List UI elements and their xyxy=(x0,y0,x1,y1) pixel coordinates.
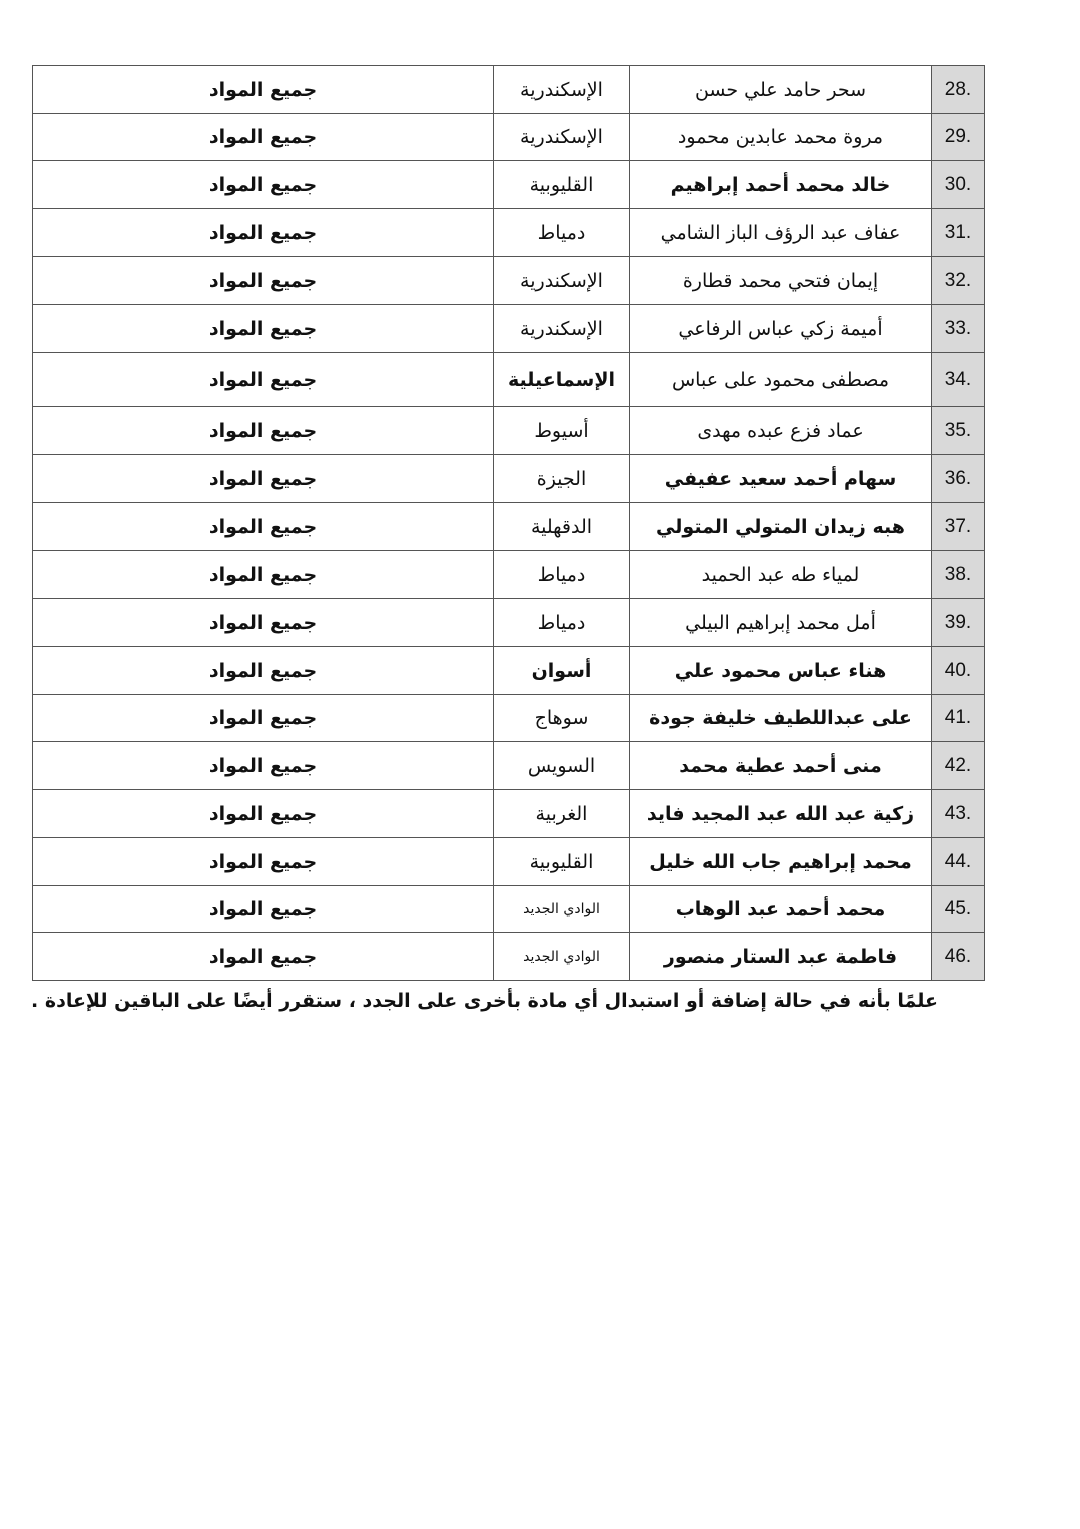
subjects: جميع المواد xyxy=(33,790,494,838)
subjects: جميع المواد xyxy=(33,551,494,599)
subjects: جميع المواد xyxy=(33,407,494,455)
governorate: الإسكندرية xyxy=(494,305,630,353)
table-row: 33. أميمة زكي عباس الرفاعي الإسكندرية جم… xyxy=(33,305,985,353)
person-name: هبه زيدان المتولي المتولي xyxy=(630,503,932,551)
row-number: 36. xyxy=(932,455,985,503)
governorate: دمياط xyxy=(494,551,630,599)
subjects: جميع المواد xyxy=(33,257,494,305)
person-name: سهام أحمد سعيد عفيفي xyxy=(630,455,932,503)
governorate: الإسكندرية xyxy=(494,257,630,305)
row-number: 43. xyxy=(932,790,985,838)
row-number: 46. xyxy=(932,933,985,981)
row-number: 30. xyxy=(932,161,985,209)
table-row: 42. منى أحمد عطية محمد السويس جميع الموا… xyxy=(33,742,985,790)
governorate: الوادي الجديد xyxy=(494,886,630,933)
roster-table-body: 28. سحر حامد علي حسن الإسكندرية جميع الم… xyxy=(33,66,985,981)
governorate: الجيزة xyxy=(494,455,630,503)
footnote: علمًا بأنه في حالة إضافة أو استبدال أي م… xyxy=(31,990,938,1012)
subjects: جميع المواد xyxy=(33,933,494,981)
subjects: جميع المواد xyxy=(33,886,494,933)
subjects: جميع المواد xyxy=(33,305,494,353)
subjects: جميع المواد xyxy=(33,838,494,886)
subjects: جميع المواد xyxy=(33,353,494,407)
document-page: 28. سحر حامد علي حسن الإسكندرية جميع الم… xyxy=(0,0,1080,1529)
row-number: 33. xyxy=(932,305,985,353)
governorate: السويس xyxy=(494,742,630,790)
row-number: 38. xyxy=(932,551,985,599)
row-number: 28. xyxy=(932,66,985,114)
person-name: عفاف عبد الرؤف الباز الشامي xyxy=(630,209,932,257)
person-name: مصطفى محمود على عباس xyxy=(630,353,932,407)
table-row: 37. هبه زيدان المتولي المتولي الدقهلية ج… xyxy=(33,503,985,551)
table-row: 36. سهام أحمد سعيد عفيفي الجيزة جميع الم… xyxy=(33,455,985,503)
roster-table: 28. سحر حامد علي حسن الإسكندرية جميع الم… xyxy=(32,65,985,981)
row-number: 41. xyxy=(932,695,985,742)
governorate: الدقهلية xyxy=(494,503,630,551)
person-name: أميمة زكي عباس الرفاعي xyxy=(630,305,932,353)
table-row: 35. عماد فزع عبده مهدى أسيوط جميع المواد xyxy=(33,407,985,455)
row-number: 39. xyxy=(932,599,985,647)
subjects: جميع المواد xyxy=(33,455,494,503)
row-number: 45. xyxy=(932,886,985,933)
governorate: الغربية xyxy=(494,790,630,838)
subjects: جميع المواد xyxy=(33,695,494,742)
governorate: سوهاج xyxy=(494,695,630,742)
person-name: على عبداللطيف خليفة جودة xyxy=(630,695,932,742)
table-row: 44. محمد إبراهيم جاب الله خليل القليوبية… xyxy=(33,838,985,886)
table-row: 28. سحر حامد علي حسن الإسكندرية جميع الم… xyxy=(33,66,985,114)
governorate: دمياط xyxy=(494,599,630,647)
row-number: 31. xyxy=(932,209,985,257)
row-number: 44. xyxy=(932,838,985,886)
person-name: خالد محمد أحمد إبراهيم xyxy=(630,161,932,209)
subjects: جميع المواد xyxy=(33,503,494,551)
row-number: 29. xyxy=(932,114,985,161)
person-name: محمد إبراهيم جاب الله خليل xyxy=(630,838,932,886)
person-name: هناء عباس محمود علي xyxy=(630,647,932,695)
governorate: القليوبية xyxy=(494,161,630,209)
row-number: 40. xyxy=(932,647,985,695)
person-name: زكية عبد الله عبد المجيد فايد xyxy=(630,790,932,838)
governorate: أسوان xyxy=(494,647,630,695)
person-name: مروة محمد عابدين محمود xyxy=(630,114,932,161)
table-row: 29. مروة محمد عابدين محمود الإسكندرية جم… xyxy=(33,114,985,161)
governorate: الإسماعيلية xyxy=(494,353,630,407)
governorate: دمياط xyxy=(494,209,630,257)
governorate: القليوبية xyxy=(494,838,630,886)
table-row: 40. هناء عباس محمود علي أسوان جميع الموا… xyxy=(33,647,985,695)
table-row: 45. محمد أحمد عبد الوهاب الوادي الجديد ج… xyxy=(33,886,985,933)
person-name: إيمان فتحي محمد قطارة xyxy=(630,257,932,305)
table-row: 31. عفاف عبد الرؤف الباز الشامي دمياط جم… xyxy=(33,209,985,257)
table-row: 39. أمل محمد إبراهيم البيلي دمياط جميع ا… xyxy=(33,599,985,647)
row-number: 37. xyxy=(932,503,985,551)
subjects: جميع المواد xyxy=(33,114,494,161)
table-row: 41. على عبداللطيف خليفة جودة سوهاج جميع … xyxy=(33,695,985,742)
person-name: عماد فزع عبده مهدى xyxy=(630,407,932,455)
governorate: الإسكندرية xyxy=(494,66,630,114)
subjects: جميع المواد xyxy=(33,66,494,114)
governorate: الوادي الجديد xyxy=(494,933,630,981)
person-name: محمد أحمد عبد الوهاب xyxy=(630,886,932,933)
row-number: 34. xyxy=(932,353,985,407)
subjects: جميع المواد xyxy=(33,647,494,695)
table-row: 38. لمياء طه عبد الحميد دمياط جميع الموا… xyxy=(33,551,985,599)
subjects: جميع المواد xyxy=(33,161,494,209)
subjects: جميع المواد xyxy=(33,599,494,647)
row-number: 32. xyxy=(932,257,985,305)
person-name: أمل محمد إبراهيم البيلي xyxy=(630,599,932,647)
person-name: منى أحمد عطية محمد xyxy=(630,742,932,790)
person-name: لمياء طه عبد الحميد xyxy=(630,551,932,599)
subjects: جميع المواد xyxy=(33,209,494,257)
person-name: سحر حامد علي حسن xyxy=(630,66,932,114)
table-row: 46. فاطمة عبد الستار منصور الوادي الجديد… xyxy=(33,933,985,981)
row-number: 42. xyxy=(932,742,985,790)
table-row: 32. إيمان فتحي محمد قطارة الإسكندرية جمي… xyxy=(33,257,985,305)
governorate: أسيوط xyxy=(494,407,630,455)
table-row: 30. خالد محمد أحمد إبراهيم القليوبية جمي… xyxy=(33,161,985,209)
governorate: الإسكندرية xyxy=(494,114,630,161)
person-name: فاطمة عبد الستار منصور xyxy=(630,933,932,981)
row-number: 35. xyxy=(932,407,985,455)
table-row: 43. زكية عبد الله عبد المجيد فايد الغربي… xyxy=(33,790,985,838)
table-row: 34. مصطفى محمود على عباس الإسماعيلية جمي… xyxy=(33,353,985,407)
subjects: جميع المواد xyxy=(33,742,494,790)
